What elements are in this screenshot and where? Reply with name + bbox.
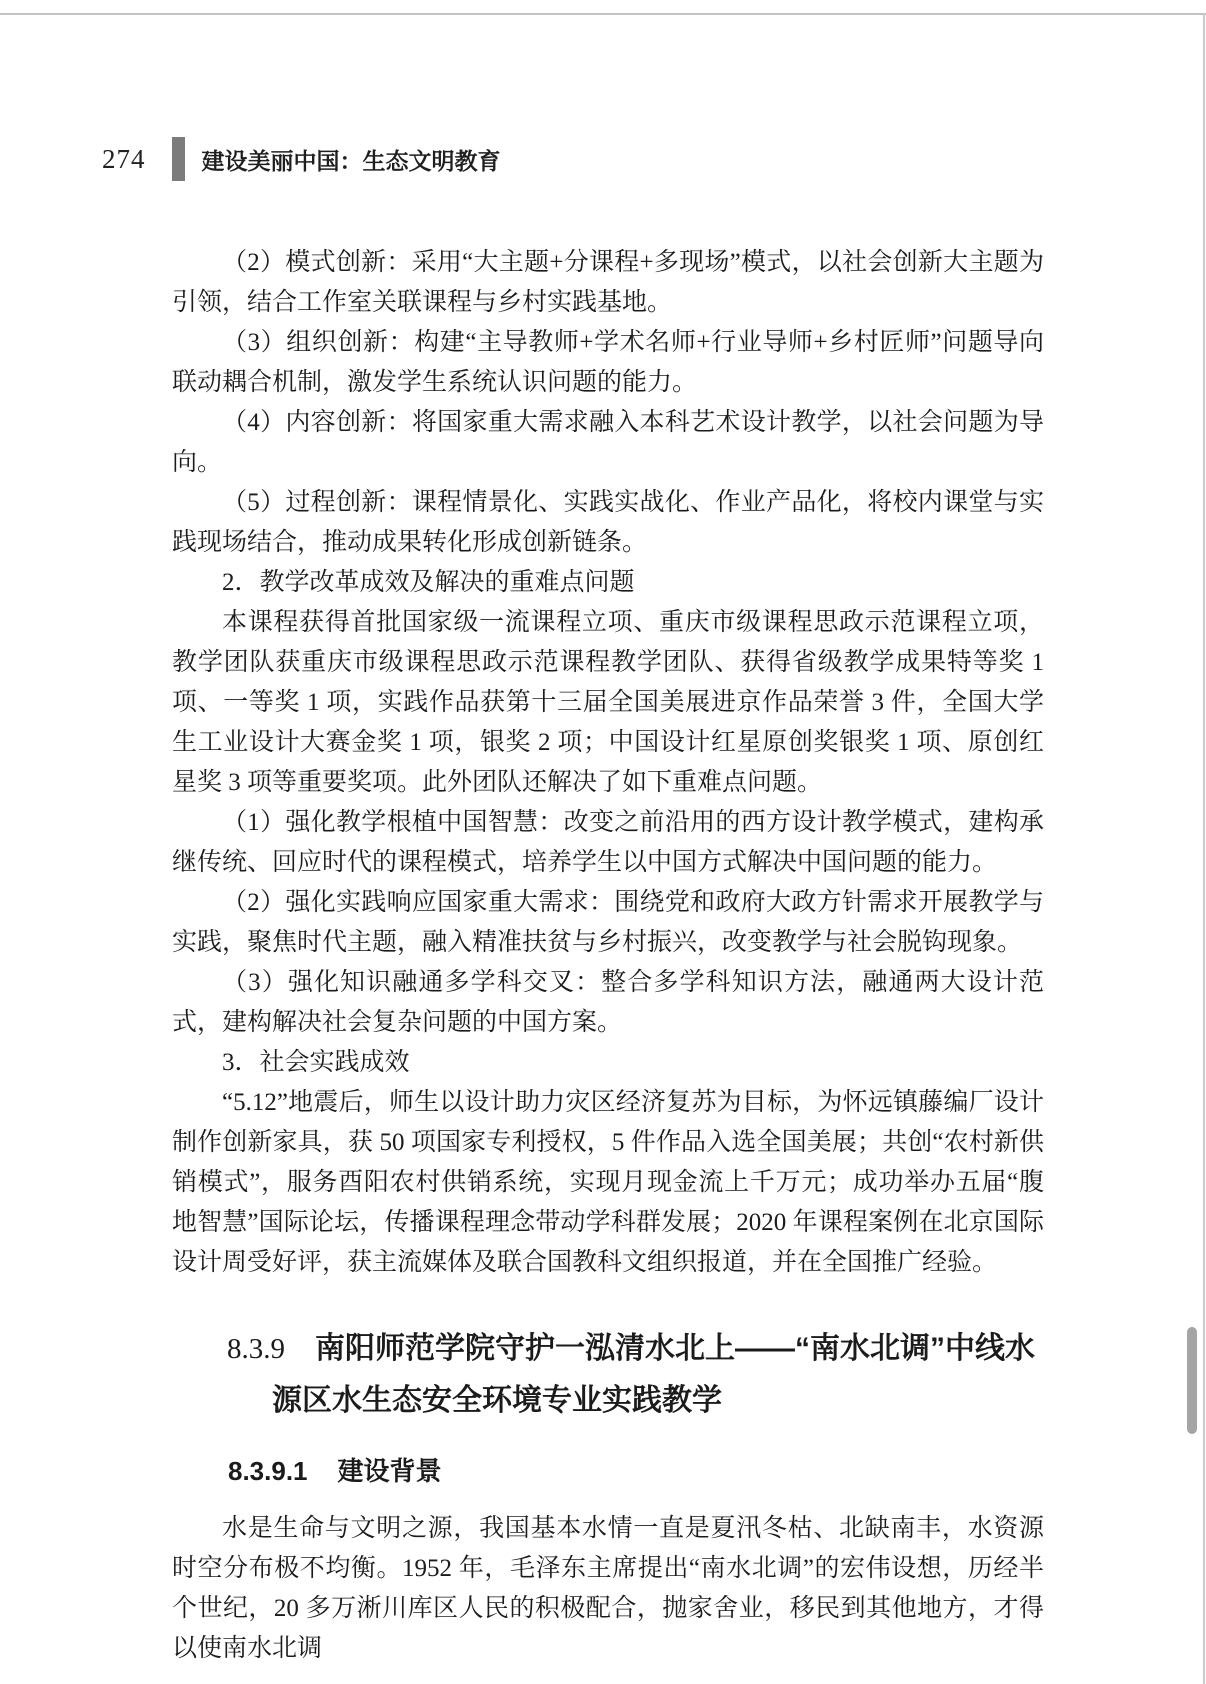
- header-divider-bar: [172, 137, 185, 181]
- body-paragraph: （3）强化知识融通多学科交叉：整合多学科知识方法，融通两大设计范式，建构解决社会…: [172, 963, 1044, 1043]
- section-number: 8.3.9: [227, 1333, 285, 1365]
- body-paragraph: （2）模式创新：采用“大主题+分课程+多现场”模式，以社会创新大主题为引领，结合…: [172, 243, 1044, 323]
- numbered-subitem-heading: 3．社会实践成效: [172, 1043, 1044, 1083]
- page-edge-top: [0, 13, 1206, 15]
- page-content: （2）模式创新：采用“大主题+分课程+多现场”模式，以社会创新大主题为引领，结合…: [172, 243, 1044, 1669]
- body-paragraph: （5）过程创新：课程情景化、实践实战化、作业产品化，将校内课堂与实践现场结合，推…: [172, 483, 1044, 563]
- body-paragraph: （3）组织创新：构建“主导教师+学术名师+行业导师+乡村匠师”问题导向联动耦合机…: [172, 323, 1044, 403]
- page-header: 274 建设美丽中国：生态文明教育: [102, 136, 501, 182]
- body-paragraph: “5.12”地震后，师生以设计助力灾区经济复苏为目标，为怀远镇藤编厂设计制作创新…: [172, 1083, 1044, 1283]
- body-paragraph: 水是生命与文明之源，我国基本水情一直是夏汛冬枯、北缺南丰，水资源时空分布极不均衡…: [172, 1509, 1044, 1669]
- body-paragraph: （1）强化教学根植中国智慧：改变之前沿用的西方设计教学模式，建构承继传统、回应时…: [172, 803, 1044, 883]
- body-paragraph: （2）强化实践响应国家重大需求：围绕党和政府大政方针需求开展教学与实践，聚焦时代…: [172, 883, 1044, 963]
- book-title: 建设美丽中国：生态文明教育: [202, 143, 501, 176]
- subsection-number: 8.3.9.1: [228, 1456, 308, 1486]
- subsection-heading: 8.3.9.1建设背景: [228, 1453, 1044, 1489]
- page-edge-right: [1203, 13, 1205, 1684]
- section-heading: 8.3.9南阳师范学院守护一泓清水北上——“南水北调”中线水源区水生态安全环境专…: [227, 1323, 1044, 1427]
- scrollbar-thumb[interactable]: [1187, 1327, 1197, 1434]
- subsection-title: 建设背景: [338, 1456, 442, 1486]
- body-paragraph: 本课程获得首批国家级一流课程立项、重庆市级课程思政示范课程立项，教学团队获重庆市…: [172, 603, 1044, 803]
- section-title: 南阳师范学院守护一泓清水北上——“南水北调”中线水源区水生态安全环境专业实践教学: [272, 1332, 1035, 1417]
- numbered-subitem-heading: 2．教学改革成效及解决的重难点问题: [172, 563, 1044, 603]
- page-number: 274: [102, 144, 146, 175]
- body-paragraph: （4）内容创新：将国家重大需求融入本科艺术设计教学，以社会问题为导向。: [172, 403, 1044, 483]
